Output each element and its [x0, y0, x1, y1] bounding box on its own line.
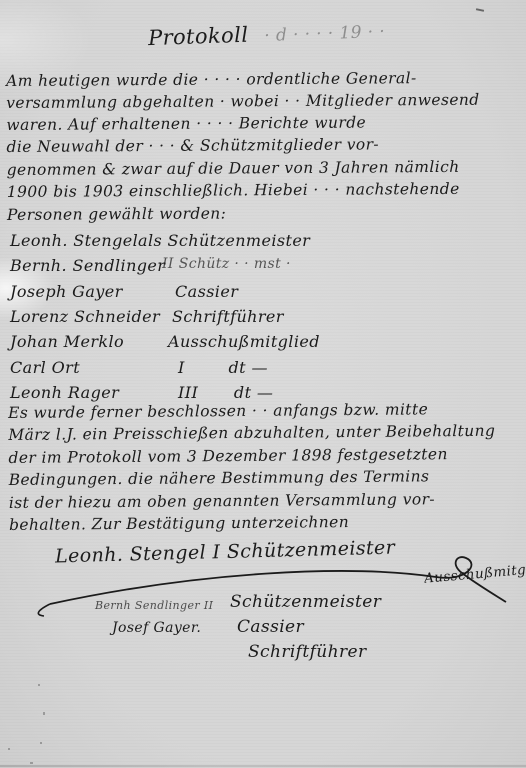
- list-item: Carl Ort I dt —: [10, 358, 80, 383]
- paragraph-line: der im Protokoll vom 3 Dezember 1898 fes…: [8, 445, 447, 467]
- person-name: Carl Ort: [10, 358, 80, 377]
- scan-artifact: [38, 684, 40, 686]
- scan-edge-line: [0, 765, 526, 767]
- paragraph-line: Es wurde ferner beschlossen · · anfangs …: [8, 400, 428, 422]
- paragraph-line: genommen & zwar auf die Dauer von 3 Jahr…: [7, 158, 460, 179]
- title-text: Protokoll: [148, 23, 249, 50]
- list-item: Joseph Gayer Cassier: [10, 282, 123, 307]
- person-name: Leonh. Stengel: [10, 231, 138, 250]
- scan-artifact: [476, 8, 484, 12]
- list-item: Lorenz Schneider Schriftführer: [10, 307, 160, 332]
- person-name: Lorenz Schneider: [10, 307, 160, 326]
- paragraph-line: die Neuwahl der · · · & Schützmitglieder…: [6, 135, 379, 156]
- paragraph-line: März l.J. ein Preisschießen abzuhalten, …: [8, 422, 495, 444]
- person-role: II Schütz · · mst ·: [162, 256, 291, 272]
- person-role: I dt —: [178, 358, 268, 377]
- signature-name: Bernh Sendlinger II: [95, 599, 213, 612]
- paragraph-line: ist der hiezu am oben genannten Versamml…: [9, 490, 435, 512]
- paragraph-line: Bedingungen. die nähere Bestimmung des T…: [9, 467, 430, 489]
- person-name: Bernh. Sendlinger: [10, 256, 165, 275]
- paragraph-line: behalten. Zur Bestätigung unterzeichnen: [9, 513, 349, 534]
- signature-role: Schriftführer: [248, 642, 367, 662]
- signature-role: Schützenmeister: [230, 592, 381, 612]
- paragraph-line: 1900 bis 1903 einschließlich. Hiebei · ·…: [7, 180, 460, 201]
- title-faded-text: · d · · · · 19 · ·: [264, 22, 385, 46]
- list-item: Leonh. Stengel als Schützenmeister: [10, 231, 138, 256]
- person-role: als Schützenmeister: [138, 231, 310, 250]
- document-title: Protokoll· d · · · · 19 · ·: [148, 18, 386, 50]
- scanned-document: Protokoll· d · · · · 19 · · Am heutigen …: [0, 0, 526, 768]
- signature-role: Cassier: [237, 617, 304, 637]
- person-role: Cassier: [175, 282, 238, 301]
- person-name: Joseph Gayer: [10, 282, 123, 301]
- paragraph-line: Personen gewählt worden:: [7, 204, 226, 224]
- signature-name: Josef Gayer.: [112, 620, 201, 636]
- list-item: Bernh. Sendlinger II Schütz · · mst ·: [10, 256, 165, 281]
- paragraph-line: versammlung abgehalten · wobei · · Mitgl…: [6, 91, 480, 112]
- person-name: Johan Merklo: [10, 332, 124, 351]
- paragraph-line: Am heutigen wurde die · · · · ordentlich…: [6, 69, 417, 90]
- scan-artifact: [8, 748, 10, 750]
- scan-artifact: [40, 742, 42, 744]
- person-name: Leonh Rager: [10, 383, 119, 402]
- scan-artifact: [30, 762, 33, 764]
- person-role: Ausschußmitglied: [168, 332, 320, 351]
- list-item: Johan Merklo Ausschußmitglied: [10, 332, 124, 357]
- paragraph-line: waren. Auf erhaltenen · · · · Berichte w…: [6, 113, 366, 134]
- person-role: III dt —: [178, 383, 273, 402]
- person-role: Schriftführer: [172, 307, 284, 326]
- scan-artifact: [43, 712, 45, 715]
